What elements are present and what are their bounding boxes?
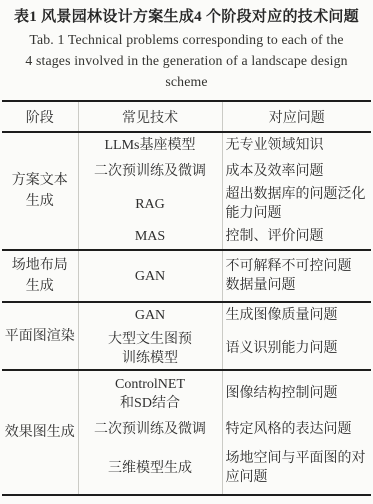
- problem-cell: 超出数据库的问题泛化 能力问题: [222, 184, 371, 224]
- tech-cell: MAS: [78, 224, 222, 250]
- stage-cell: 效果图生成: [2, 370, 78, 495]
- stage-cell: 场地布局 生成: [2, 250, 78, 302]
- problem-cell: 生成图像质量问题: [222, 302, 371, 328]
- tech-cell: GAN: [78, 302, 222, 328]
- problem-cell: 成本及效率问题: [222, 158, 371, 184]
- header-common-tech: 常见技术: [78, 101, 222, 132]
- table-row: 效果图生成 ControlNET 和SD结合 图像结构控制问题: [2, 370, 371, 416]
- table-caption-en: Tab. 1 Technical problems corresponding …: [0, 29, 373, 92]
- tech-cell: 大型文生图预 训练模型: [78, 328, 222, 370]
- problem-cell: 场地空间与平面图的对 应问题: [222, 442, 371, 495]
- header-problem: 对应问题: [222, 101, 371, 132]
- paper-table-figure: 表1 风景园林设计方案生成4 个阶段对应的技术问题 Tab. 1 Technic…: [0, 0, 373, 504]
- stage-cell: 平面图渲染: [2, 302, 78, 370]
- section-scheme-text-generation: 方案文本 生成 LLMs基座模型 无专业领域知识 二次预训练及微调 成本及效率问…: [2, 132, 371, 250]
- table-header: 阶段 常见技术 对应问题: [2, 101, 371, 132]
- technical-problems-table: 阶段 常见技术 对应问题 方案文本 生成 LLMs基座模型 无专业领域知识 二次…: [2, 100, 371, 496]
- tech-cell: ControlNET 和SD结合: [78, 370, 222, 416]
- tech-cell: GAN: [78, 250, 222, 302]
- section-plan-rendering: 平面图渲染 GAN 生成图像质量问题 大型文生图预 训练模型 语义识别能力问题: [2, 302, 371, 370]
- table-row: 场地布局 生成 GAN 不可解释不可控问题 数据量问题: [2, 250, 371, 302]
- table-caption-zh: 表1 风景园林设计方案生成4 个阶段对应的技术问题: [0, 7, 373, 27]
- section-site-layout-generation: 场地布局 生成 GAN 不可解释不可控问题 数据量问题: [2, 250, 371, 302]
- tech-cell: 二次预训练及微调: [78, 416, 222, 442]
- tech-cell: 三维模型生成: [78, 442, 222, 495]
- tech-cell: LLMs基座模型: [78, 132, 222, 158]
- table-header-row: 阶段 常见技术 对应问题: [2, 101, 371, 132]
- table-row: 方案文本 生成 LLMs基座模型 无专业领域知识: [2, 132, 371, 158]
- table-caption-en-line-1: Tab. 1 Technical problems corresponding …: [0, 29, 373, 50]
- problem-cell: 语义识别能力问题: [222, 328, 371, 370]
- tech-cell: 二次预训练及微调: [78, 158, 222, 184]
- problem-cell: 图像结构控制问题: [222, 370, 371, 416]
- table-caption-en-line-3: scheme: [0, 71, 373, 92]
- problem-cell: 不可解释不可控问题 数据量问题: [222, 250, 371, 302]
- problem-cell: 特定风格的表达问题: [222, 416, 371, 442]
- section-rendering-generation: 效果图生成 ControlNET 和SD结合 图像结构控制问题 二次预训练及微调…: [2, 370, 371, 495]
- problem-cell: 无专业领域知识: [222, 132, 371, 158]
- table-caption-en-line-2: 4 stages involved in the generation of a…: [0, 50, 373, 71]
- stage-cell: 方案文本 生成: [2, 132, 78, 250]
- problem-cell: 控制、评价问题: [222, 224, 371, 250]
- table-row: 平面图渲染 GAN 生成图像质量问题: [2, 302, 371, 328]
- header-stage: 阶段: [2, 101, 78, 132]
- tech-cell: RAG: [78, 184, 222, 224]
